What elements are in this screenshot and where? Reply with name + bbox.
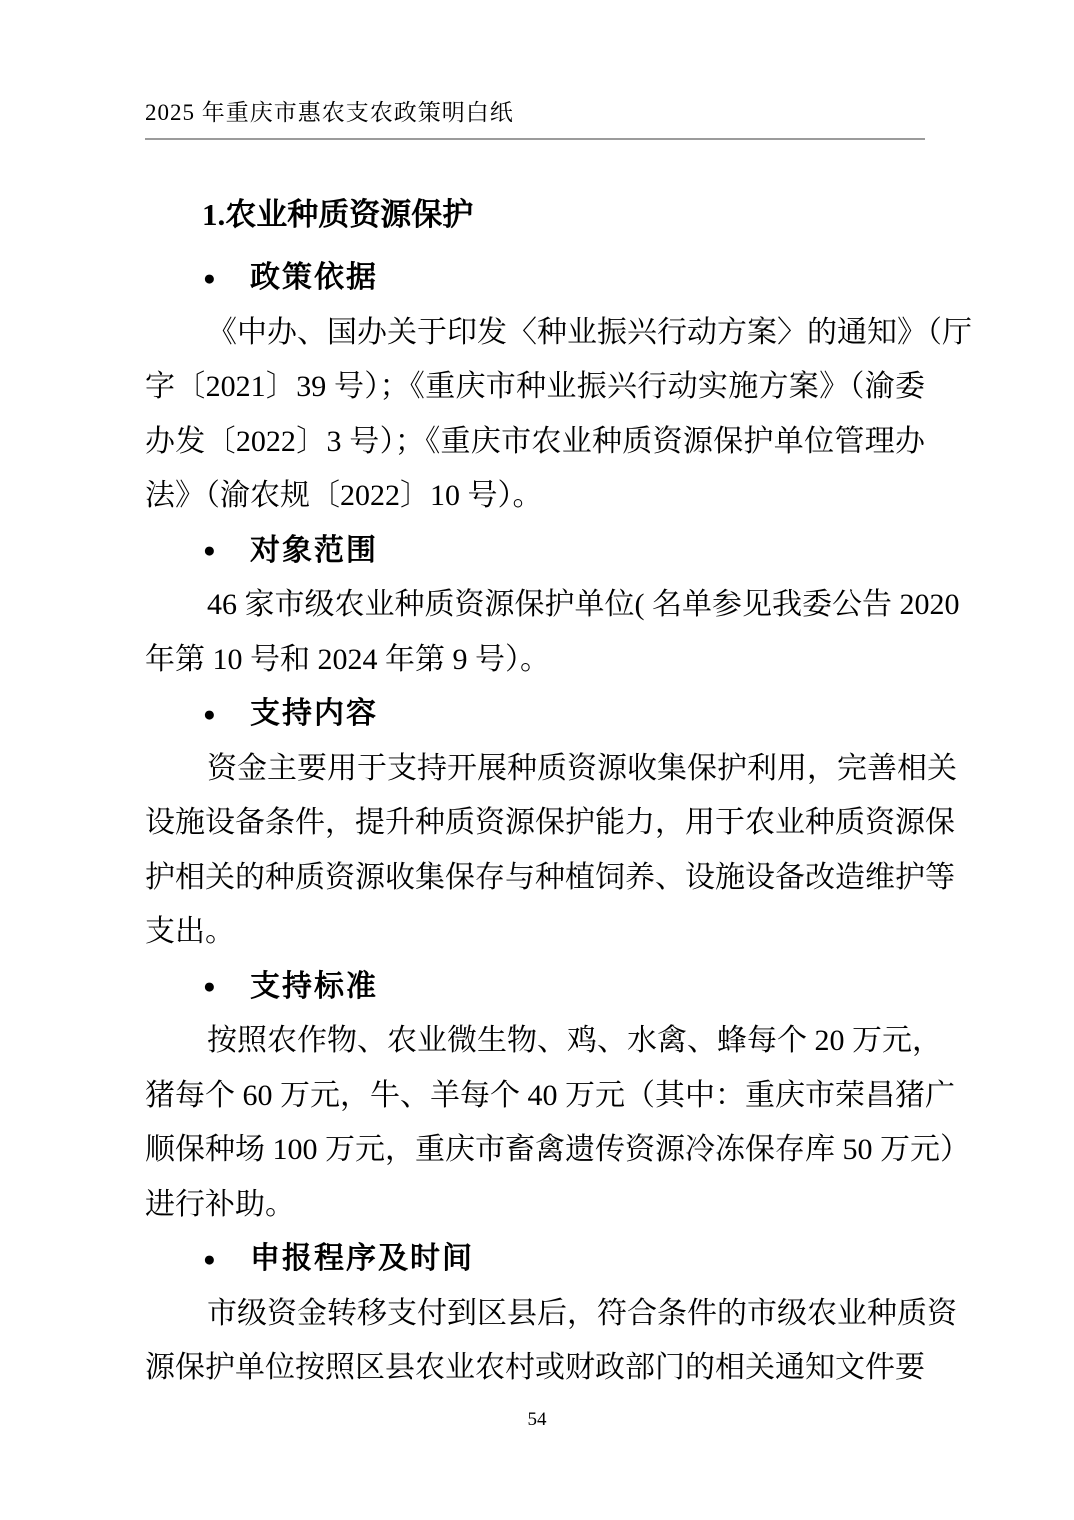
paragraph-line: 进行补助。	[145, 1178, 925, 1233]
paragraph-line: 年第 10 号和 2024 年第 9 号）。	[145, 633, 925, 688]
policy-blocks: ● 政策依据 《中办、国办关于印发〈种业振兴行动方案〉的通知》（厅 字〔2021…	[145, 251, 925, 1396]
block-heading-label: 对象范围	[250, 524, 378, 579]
paragraph-line: 资金主要用于支持开展种质资源收集保护利用，完善相关	[145, 742, 925, 797]
block-heading: ● 支持标准	[145, 960, 925, 1015]
block-heading-label: 支持标准	[250, 960, 378, 1015]
bullet-icon: ●	[203, 268, 250, 289]
paragraph-line: 法》（渝农规〔2022〕10 号）。	[145, 469, 925, 524]
block-application-procedure: ● 申报程序及时间 市级资金转移支付到区县后，符合条件的市级农业种质资 源保护单…	[145, 1232, 925, 1396]
block-heading-label: 政策依据	[250, 251, 378, 306]
paragraph-line: 支出。	[145, 905, 925, 960]
block-heading: ● 对象范围	[145, 524, 925, 579]
block-target-scope: ● 对象范围 46 家市级农业种质资源保护单位( 名单参见我委公告 2020 年…	[145, 524, 925, 688]
paragraph-line: 字〔2021〕39 号）；《重庆市种业振兴行动实施方案》（渝委	[145, 360, 925, 415]
paragraph-line: 源保护单位按照区县农业农村或财政部门的相关通知文件要	[145, 1341, 925, 1396]
block-heading: ● 支持内容	[145, 687, 925, 742]
block-policy-basis: ● 政策依据 《中办、国办关于印发〈种业振兴行动方案〉的通知》（厅 字〔2021…	[145, 251, 925, 524]
paragraph-line: 46 家市级农业种质资源保护单位( 名单参见我委公告 2020	[145, 578, 925, 633]
bullet-icon: ●	[203, 976, 250, 997]
paragraph-line: 《中办、国办关于印发〈种业振兴行动方案〉的通知》（厅	[145, 306, 925, 361]
block-heading: ● 申报程序及时间	[145, 1232, 925, 1287]
page-number: 54	[528, 1409, 547, 1430]
paragraph: 46 家市级农业种质资源保护单位( 名单参见我委公告 2020 年第 10 号和…	[145, 578, 925, 687]
page-footer: 54	[0, 1408, 1074, 1432]
paragraph-line: 顺保种场 100 万元，重庆市畜禽遗传资源冷冻保存库 50 万元）	[145, 1123, 925, 1178]
block-heading: ● 政策依据	[145, 251, 925, 306]
paragraph: 市级资金转移支付到区县后，符合条件的市级农业种质资 源保护单位按照区县农业农村或…	[145, 1287, 925, 1396]
block-support-standard: ● 支持标准 按照农作物、农业微生物、鸡、水禽、蜂每个 20 万元， 猪每个 6…	[145, 960, 925, 1233]
page-content: 2025 年重庆市惠农支农政策明白纸 1.农业种质资源保护 ● 政策依据 《中办…	[145, 0, 925, 1396]
document-title: 2025 年重庆市惠农支农政策明白纸	[145, 99, 925, 126]
paragraph-line: 按照农作物、农业微生物、鸡、水禽、蜂每个 20 万元，	[145, 1014, 925, 1069]
document-page: 2025 年重庆市惠农支农政策明白纸 1.农业种质资源保护 ● 政策依据 《中办…	[0, 0, 1074, 1520]
paragraph-line: 市级资金转移支付到区县后，符合条件的市级农业种质资	[145, 1287, 925, 1342]
block-heading-label: 申报程序及时间	[250, 1232, 474, 1287]
paragraph: 《中办、国办关于印发〈种业振兴行动方案〉的通知》（厅 字〔2021〕39 号）；…	[145, 306, 925, 524]
paragraph-line: 猪每个 60 万元，牛、羊每个 40 万元（其中：重庆市荣昌猪广	[145, 1069, 925, 1124]
bullet-icon: ●	[203, 704, 250, 725]
section-title: 1.农业种质资源保护	[202, 188, 925, 242]
paragraph: 按照农作物、农业微生物、鸡、水禽、蜂每个 20 万元， 猪每个 60 万元，牛、…	[145, 1014, 925, 1232]
block-heading-label: 支持内容	[250, 687, 378, 742]
paragraph-line: 办发〔2022〕3 号）；《重庆市农业种质资源保护单位管理办	[145, 415, 925, 470]
bullet-icon: ●	[203, 1249, 250, 1270]
bullet-icon: ●	[203, 540, 250, 561]
block-support-content: ● 支持内容 资金主要用于支持开展种质资源收集保护利用，完善相关 设施设备条件，…	[145, 687, 925, 960]
paragraph: 资金主要用于支持开展种质资源收集保护利用，完善相关 设施设备条件，提升种质资源保…	[145, 742, 925, 960]
page-header: 2025 年重庆市惠农支农政策明白纸	[145, 0, 925, 140]
paragraph-line: 护相关的种质资源收集保存与种植饲养、设施设备改造维护等	[145, 851, 925, 906]
paragraph-line: 设施设备条件，提升种质资源保护能力，用于农业种质资源保	[145, 796, 925, 851]
